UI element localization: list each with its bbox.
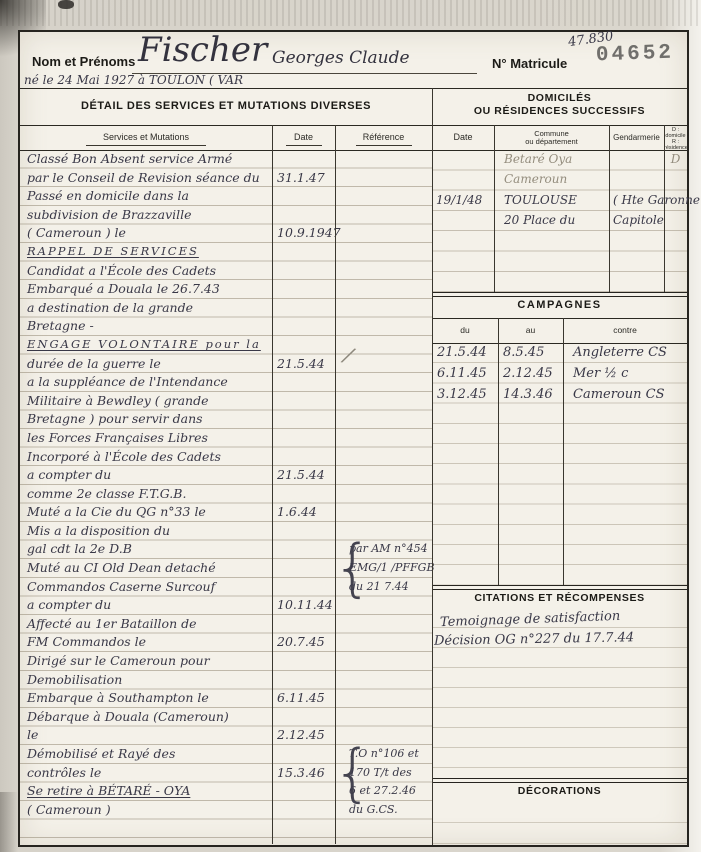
service-date-cell [272, 559, 335, 578]
service-ref-cell [335, 262, 432, 281]
service-date-cell: 10.11.44 [272, 596, 335, 615]
service-entry-date: 21.5.44 [277, 356, 325, 371]
service-row: contrôles le 15.3.46 170 T/t des [20, 764, 432, 783]
campagne-contre: Cameroun CS [563, 385, 687, 406]
col-header-commune-line2: ou département [494, 138, 609, 147]
service-row: Candidat a l'École des Cadets [20, 262, 432, 281]
service-row: Militaire à Bewdley ( grande [20, 392, 432, 411]
service-text-cell [20, 819, 272, 838]
service-entry-text: a compter du [27, 467, 111, 482]
domicile-dr-flag [664, 191, 687, 211]
service-entry-text: a compter du [27, 597, 111, 612]
service-ref-cell [335, 150, 432, 169]
service-text-cell: par le Conseil de Revision séance du [20, 169, 272, 188]
service-text-cell: a compter du [20, 466, 272, 485]
service-row: a destination de la grande [20, 299, 432, 318]
domicile-commune: 20 Place du [494, 211, 609, 231]
service-date-cell [272, 410, 335, 429]
domicile-gendarmerie [609, 150, 664, 170]
service-row: a la suppléance de l'Intendance [20, 373, 432, 392]
service-entry-text: Incorporé à l'École des Cadets [27, 449, 221, 464]
service-entry-date: 10.9.1947 [277, 225, 341, 240]
service-row: Dirigé sur le Cameroun pour [20, 652, 432, 671]
campagne-row: 21.5.44 8.5.45 Angleterre CS [432, 343, 687, 364]
name-given-handwriting: Georges Claude [272, 48, 410, 68]
name-surname-handwriting: Fischer [138, 30, 267, 70]
service-entry-text: ( Cameroun ) le [27, 225, 126, 240]
service-row: Se retire à BÉTARÉ - OYA 6 et 27.2.46 [20, 782, 432, 801]
domicile-date [432, 211, 494, 231]
service-entry-text: Demobilisation [27, 672, 122, 687]
service-date-cell [272, 671, 335, 690]
service-ref-cell [335, 485, 432, 504]
service-date-cell [272, 652, 335, 671]
service-entry-text: Bretagne ) pour servir dans [27, 411, 203, 426]
service-row: par le Conseil de Revision séance du 31.… [20, 169, 432, 188]
service-row: FM Commandos le 20.7.45 [20, 633, 432, 652]
service-entry-text: a la suppléance de l'Intendance [27, 374, 228, 389]
service-text-cell: a destination de la grande [20, 299, 272, 318]
service-row: comme 2e classe F.T.G.B. [20, 485, 432, 504]
services-section-title: DÉTAIL DES SERVICES ET MUTATIONS DIVERSE… [20, 100, 432, 112]
service-row: Commandos Caserne Surcouf du 21 7.44 [20, 578, 432, 597]
campagne-du: 6.11.45 [432, 364, 498, 385]
domicile-dr-flag [664, 211, 687, 231]
citation-line-2: Décision OG n°227 du 17.7.44 [434, 630, 634, 648]
scan-ink-blob [58, 0, 74, 9]
service-date-cell [272, 206, 335, 225]
service-entry-text: subdivision de Brazzaville [27, 207, 192, 222]
service-row [20, 819, 432, 838]
service-ref-cell: 170 T/t des [335, 764, 432, 783]
service-date-cell [272, 819, 335, 838]
service-text-cell: comme 2e classe F.T.G.B. [20, 485, 272, 504]
domicile-commune: Betaré Oya [494, 150, 609, 170]
service-date-cell [272, 615, 335, 634]
service-row: ( Cameroun ) du G.CS. [20, 801, 432, 820]
service-date-cell [272, 280, 335, 299]
service-date-cell: 21.5.44 [272, 466, 335, 485]
service-ref-cell: EMG/1 /PFFGB [335, 559, 432, 578]
service-entry-text: les Forces Françaises Libres [27, 430, 208, 445]
campagnes-top-rule [432, 292, 687, 297]
campagnes-table-body: 21.5.44 8.5.45 Angleterre CS 6.11.45 2.1… [432, 343, 687, 585]
service-entry-text: Passé en domicile dans la [27, 188, 189, 203]
service-date-cell [272, 448, 335, 467]
service-text-cell: Commandos Caserne Surcouf [20, 578, 272, 597]
service-date-cell [272, 262, 335, 281]
service-ref-cell [335, 373, 432, 392]
service-text-cell: contrôles le [20, 764, 272, 783]
service-row: Embarque à Southampton le 6.11.45 [20, 689, 432, 708]
services-date-divider [272, 125, 273, 844]
service-entry-reference: du 21 7.44 [349, 580, 409, 593]
campagne-au: 2.12.45 [498, 364, 563, 385]
service-text-cell: a compter du [20, 596, 272, 615]
service-text-cell: a la suppléance de l'Intendance [20, 373, 272, 392]
col-underline [286, 145, 322, 146]
service-date-cell: 10.9.1947 [272, 224, 335, 243]
service-text-cell: le [20, 726, 272, 745]
service-ref-cell: 6 et 27.2.46 [335, 782, 432, 801]
col-header-domicile-residence: D :domicileR :résidence [664, 127, 687, 151]
domicile-gendarmerie [609, 170, 664, 190]
service-date-cell [272, 336, 335, 355]
service-date-cell [272, 540, 335, 559]
service-row: gal cdt la 2e D.B { par AM n°454 [20, 540, 432, 559]
service-text-cell: Muté a la Cie du QG n°33 le [20, 503, 272, 522]
service-row: Bretagne ) pour servir dans [20, 410, 432, 429]
service-entry-text: Bretagne - [27, 318, 94, 333]
service-entry-text: par le Conseil de Revision séance du [27, 170, 260, 185]
domiciles-title-line1: DOMICILÉS [432, 92, 687, 104]
service-entry-date: 20.7.45 [277, 634, 325, 649]
service-text-cell: les Forces Françaises Libres [20, 429, 272, 448]
service-ref-cell [335, 317, 432, 336]
col-underline [356, 145, 412, 146]
service-ref-cell [335, 633, 432, 652]
service-entry-text: a destination de la grande [27, 300, 193, 315]
citations-top-rule [432, 585, 687, 590]
service-row: ENGAGE VOLONTAIRE pour la [20, 336, 432, 355]
service-text-cell: Dirigé sur le Cameroun pour [20, 652, 272, 671]
service-entry-text: Démobilisé et Rayé des [27, 746, 175, 761]
service-entry-text: le [27, 727, 38, 742]
date-reference-divider [335, 125, 336, 844]
service-date-cell [272, 801, 335, 820]
domicile-gendarmerie: Capitole [609, 211, 664, 231]
service-ref-cell [335, 169, 432, 188]
services-table-body: Classé Bon Absent service Armé par le Co… [20, 150, 432, 844]
citations-title: CITATIONS ET RÉCOMPENSES [432, 592, 687, 604]
service-entry-text: Militaire à Bewdley ( grande [27, 393, 208, 408]
service-row: a compter du 10.11.44 [20, 596, 432, 615]
service-date-cell [272, 243, 335, 262]
campagne-du: 3.12.45 [432, 385, 498, 406]
service-text-cell: Affecté au 1er Bataillon de [20, 615, 272, 634]
campagne-du: 21.5.44 [432, 343, 498, 364]
domicile-gendarmerie: ( Hte Garonne [609, 191, 664, 211]
service-ref-cell [335, 819, 432, 838]
birth-line-handwriting: né le 24 Mai 1927 à TOULON ( VAR [24, 73, 243, 87]
service-entry-date: 1.6.44 [277, 504, 317, 519]
service-text-cell: durée de la guerre le [20, 355, 272, 374]
service-text-cell: Muté au CI Old Dean detaché [20, 559, 272, 578]
service-row: subdivision de Brazzaville [20, 206, 432, 225]
citations-body: Temoignage de satisfaction Décision OG n… [432, 608, 687, 778]
service-ref-cell: du G.CS. [335, 801, 432, 820]
service-date-cell [272, 317, 335, 336]
service-ref-cell: { T.O n°106 et [335, 745, 432, 764]
decorations-title: DÉCORATIONS [432, 785, 687, 797]
dom-commune-divider [609, 125, 610, 292]
service-date-cell [272, 429, 335, 448]
service-ref-cell [335, 466, 432, 485]
service-entry-text: ( Cameroun ) [27, 802, 111, 817]
service-text-cell: subdivision de Brazzaville [20, 206, 272, 225]
service-date-cell [272, 578, 335, 597]
campagnes-col-au: au [498, 325, 563, 335]
service-date-cell: 21.5.44 ∕ [272, 355, 335, 374]
campagnes-title-rule [432, 318, 687, 319]
header-rule [20, 88, 687, 89]
service-row: a compter du 21.5.44 [20, 466, 432, 485]
service-entry-text: comme 2e classe F.T.G.B. [27, 486, 186, 501]
service-text-cell: Incorporé à l'École des Cadets [20, 448, 272, 467]
cmp-du-divider [498, 318, 499, 585]
domicile-commune: TOULOUSE [494, 191, 609, 211]
service-ref-cell [335, 671, 432, 690]
service-date-cell [272, 187, 335, 206]
decorations-body [432, 802, 687, 845]
service-text-cell: ENGAGE VOLONTAIRE pour la [20, 336, 272, 355]
decorations-top-rule [432, 778, 687, 783]
service-date-cell [272, 150, 335, 169]
col-header-gendarmerie: Gendarmerie [609, 134, 664, 143]
service-row: Muté au CI Old Dean detaché EMG/1 /PFFGB [20, 559, 432, 578]
domicile-row: Cameroun [432, 170, 687, 190]
service-ref-cell [335, 392, 432, 411]
service-text-cell: Demobilisation [20, 671, 272, 690]
cmp-au-divider [563, 318, 564, 585]
domiciles-table-body: Betaré Oya D Cameroun 19/1/48 TOULOUSE (… [432, 150, 687, 292]
service-date-cell: 2.12.45 [272, 726, 335, 745]
campagne-row: 6.11.45 2.12.45 Mer ½ c [432, 364, 687, 385]
campagnes-title: CAMPAGNES [432, 299, 687, 311]
service-text-cell: Mis a la disposition du [20, 522, 272, 541]
service-row: ( Cameroun ) le 10.9.1947 [20, 224, 432, 243]
campagne-row: 3.12.45 14.3.46 Cameroun CS [432, 385, 687, 406]
titles-rule [20, 125, 687, 126]
service-ref-cell [335, 206, 432, 225]
service-entry-text: Muté au CI Old Dean detaché [27, 560, 216, 575]
service-ref-cell [335, 299, 432, 318]
service-entry-date: 2.12.45 [277, 727, 325, 742]
service-ref-cell [335, 689, 432, 708]
service-entry-text: ENGAGE VOLONTAIRE pour la [27, 337, 261, 351]
service-text-cell: gal cdt la 2e D.B [20, 540, 272, 559]
service-entry-text: Candidat a l'École des Cadets [27, 263, 216, 278]
service-ref-cell [335, 652, 432, 671]
service-ref-cell [335, 355, 432, 374]
service-date-cell [272, 299, 335, 318]
service-entry-reference: 170 T/t des [349, 766, 412, 779]
service-date-cell [272, 782, 335, 801]
service-text-cell: Bretagne - [20, 317, 272, 336]
domiciles-title-line2: OU RÉSIDENCES SUCCESSIFS [432, 105, 687, 117]
service-ref-cell [335, 280, 432, 299]
service-date-cell: 1.6.44 [272, 503, 335, 522]
service-entry-reference: du G.CS. [349, 803, 398, 816]
service-text-cell: Embarqué a Douala le 26.7.43 [20, 280, 272, 299]
service-entry-text: Classé Bon Absent service Armé [27, 151, 232, 166]
service-text-cell: Se retire à BÉTARÉ - OYA [20, 782, 272, 801]
service-entry-text: FM Commandos le [27, 634, 146, 649]
domicile-row: 20 Place du Capitole [432, 211, 687, 231]
service-text-cell: RAPPEL DE SERVICES [20, 243, 272, 262]
service-entry-text: Embarqué a Douala le 26.7.43 [27, 281, 220, 296]
service-date-cell [272, 522, 335, 541]
service-entry-text: Affecté au 1er Bataillon de [27, 616, 197, 631]
service-row: Embarqué a Douala le 26.7.43 [20, 280, 432, 299]
service-ref-cell [335, 410, 432, 429]
service-date-cell: 6.11.45 [272, 689, 335, 708]
service-row: Demobilisation [20, 671, 432, 690]
service-date-cell: 20.7.45 [272, 633, 335, 652]
service-text-cell: Démobilisé et Rayé des [20, 745, 272, 764]
service-ref-cell [335, 448, 432, 467]
service-entry-text: gal cdt la 2e D.B [27, 541, 132, 556]
service-ref-cell [335, 615, 432, 634]
service-entry-text: Débarque à Douala (Cameroun) [27, 709, 229, 724]
service-date-cell [272, 392, 335, 411]
service-ref-cell [335, 429, 432, 448]
service-ref-cell [335, 243, 432, 262]
service-entry-text: Commandos Caserne Surcouf [27, 579, 215, 594]
service-entry-reference: EMG/1 /PFFGB [349, 561, 435, 574]
service-date-cell: 31.1.47 [272, 169, 335, 188]
col-underline [86, 145, 206, 146]
service-entry-text: Embarque à Southampton le [27, 690, 209, 705]
domicile-commune: Cameroun [494, 170, 609, 190]
service-date-cell [272, 373, 335, 392]
domicile-row: 19/1/48 TOULOUSE ( Hte Garonne [432, 191, 687, 211]
service-ref-cell [335, 708, 432, 727]
service-row: Démobilisé et Rayé des { T.O n°106 et [20, 745, 432, 764]
service-row: Affecté au 1er Bataillon de [20, 615, 432, 634]
service-row: RAPPEL DE SERVICES [20, 243, 432, 262]
col-header-date: Date [272, 132, 335, 142]
service-row: Muté a la Cie du QG n°33 le 1.6.44 [20, 503, 432, 522]
service-ref-cell [335, 596, 432, 615]
service-ref-cell: { par AM n°454 [335, 540, 432, 559]
service-text-cell: ( Cameroun ) [20, 801, 272, 820]
service-entry-text: contrôles le [27, 765, 101, 780]
service-text-cell: Bretagne ) pour servir dans [20, 410, 272, 429]
col-header-dom-date: Date [432, 132, 494, 142]
service-ref-cell [335, 503, 432, 522]
scan-smudge-bottomleft [0, 792, 18, 852]
service-row: Bretagne - [20, 317, 432, 336]
service-row: Incorporé à l'École des Cadets [20, 448, 432, 467]
service-entry-text: Se retire à BÉTARÉ - OYA [27, 783, 190, 798]
service-entry-date: 10.11.44 [277, 597, 333, 612]
service-date-cell [272, 485, 335, 504]
service-row: Classé Bon Absent service Armé [20, 150, 432, 169]
domicile-date: 19/1/48 [432, 191, 494, 211]
service-entry-text: Muté a la Cie du QG n°33 le [27, 504, 206, 519]
service-entry-text: Dirigé sur le Cameroun pour [27, 653, 210, 668]
service-text-cell: Classé Bon Absent service Armé [20, 150, 272, 169]
service-text-cell: ( Cameroun ) le [20, 224, 272, 243]
panel-divider [432, 88, 433, 845]
service-entry-text: Mis a la disposition du [27, 523, 170, 538]
domicile-dr-flag [664, 170, 687, 190]
domicile-dr-flag: D [664, 150, 687, 170]
service-text-cell: Débarque à Douala (Cameroun) [20, 708, 272, 727]
service-ref-cell [335, 224, 432, 243]
campagne-au: 8.5.45 [498, 343, 563, 364]
campagnes-col-du: du [432, 325, 498, 335]
matricule-label: N° Matricule [492, 56, 567, 71]
scan-grain-top [0, 0, 701, 26]
service-row: Débarque à Douala (Cameroun) [20, 708, 432, 727]
dom-date-divider [494, 125, 495, 292]
dom-gend-divider [664, 125, 665, 292]
domicile-date [432, 170, 494, 190]
col-header-services: Services et Mutations [20, 132, 272, 142]
campagne-contre: Mer ½ c [563, 364, 687, 385]
service-date-cell [272, 745, 335, 764]
record-form: Nom et Prénoms Fischer Georges Claude N°… [18, 30, 689, 847]
service-ref-cell: du 21 7.44 [335, 578, 432, 597]
service-entry-date: 15.3.46 [277, 765, 325, 780]
scanned-military-record: Nom et Prénoms Fischer Georges Claude N°… [0, 0, 701, 852]
nom-label: Nom et Prénoms [32, 54, 135, 69]
citation-line-1: Temoignage de satisfaction [440, 609, 621, 630]
col-header-reference: Référence [335, 132, 432, 142]
service-entry-date: 21.5.44 [277, 467, 325, 482]
service-entry-date: 31.1.47 [277, 170, 325, 185]
service-row: durée de la guerre le 21.5.44 ∕ [20, 355, 432, 374]
service-entry-date: 6.11.45 [277, 690, 325, 705]
service-date-cell [272, 708, 335, 727]
service-text-cell: Militaire à Bewdley ( grande [20, 392, 272, 411]
service-text-cell: FM Commandos le [20, 633, 272, 652]
service-entry-text: RAPPEL DE SERVICES [27, 244, 199, 258]
service-row: Passé en domicile dans la [20, 187, 432, 206]
service-date-cell: 15.3.46 [272, 764, 335, 783]
service-entry-reference: 6 et 27.2.46 [349, 784, 416, 797]
campagnes-col-contre: contre [563, 325, 687, 335]
service-text-cell: Passé en domicile dans la [20, 187, 272, 206]
matricule-stamp: 04652 [596, 42, 675, 68]
domicile-date [432, 150, 494, 170]
service-text-cell: Candidat a l'École des Cadets [20, 262, 272, 281]
service-entry-text: durée de la guerre le [27, 356, 161, 371]
service-row: les Forces Françaises Libres [20, 429, 432, 448]
service-text-cell: Embarque à Southampton le [20, 689, 272, 708]
domicile-row: Betaré Oya D [432, 150, 687, 170]
campagne-au: 14.3.46 [498, 385, 563, 406]
service-ref-cell [335, 187, 432, 206]
campagne-contre: Angleterre CS [563, 343, 687, 364]
